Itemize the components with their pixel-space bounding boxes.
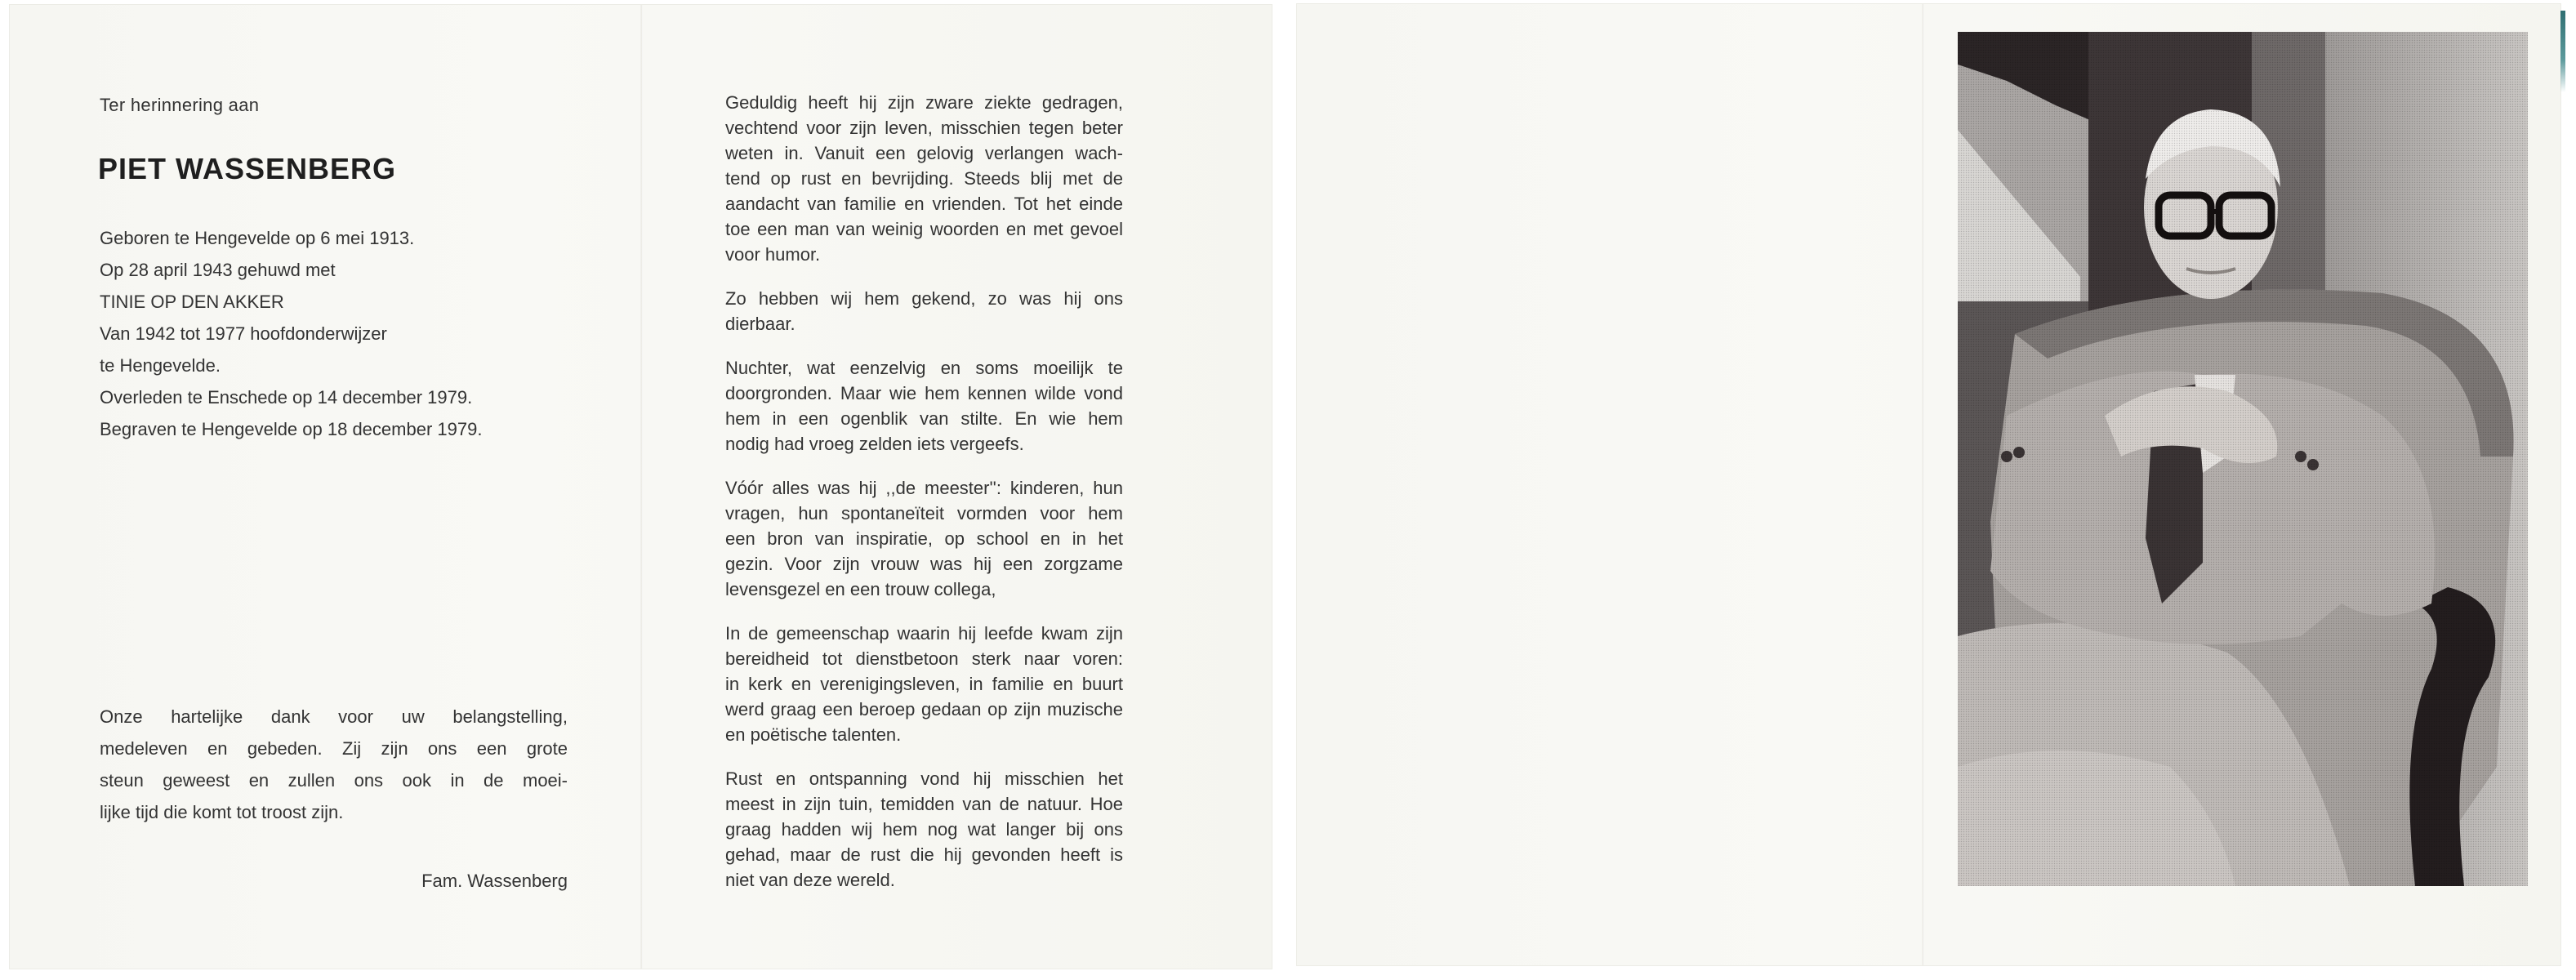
biography-line: gezin. Voor zijn vrouw was hij een zorgz… bbox=[725, 551, 1123, 577]
fact-line: Overleden te Enschede op 14 december 197… bbox=[100, 381, 482, 413]
biography-paragraph: Vóór alles was hij ,,de meester'': kinde… bbox=[725, 475, 1123, 602]
memorial-card-outside bbox=[1297, 4, 2560, 965]
portrait-illustration bbox=[1958, 32, 2528, 886]
biography-line: niet van deze wereld. bbox=[725, 867, 1123, 893]
fact-line: Van 1942 tot 1977 hoofdonderwijzer bbox=[100, 318, 482, 350]
biography-line: doorgronden. Maar wie hem kennen wilde v… bbox=[725, 381, 1123, 406]
biography-line: In de gemeenschap waarin hij leefde kwam… bbox=[725, 621, 1123, 646]
biography-line: tend op rust en bevrijding. Steeds blij … bbox=[725, 166, 1123, 191]
biography-line: toe een man van weinig woorden en met ge… bbox=[725, 216, 1123, 242]
family-signature: Fam. Wassenberg bbox=[100, 871, 568, 892]
biography-line: weten in. Vanuit een gelovig verlangen w… bbox=[725, 140, 1123, 166]
thanks-text: Onze hartelijke dank voor uw belangstell… bbox=[100, 701, 568, 828]
biography-line: gehad, maar de rust die hij gevonden hee… bbox=[725, 842, 1123, 867]
biography-paragraph: Geduldig heeft hij zijn zware ziekte ged… bbox=[725, 90, 1123, 267]
fold-crease bbox=[1922, 4, 1924, 965]
biography-line: Zo hebben wij hem gekend, zo was hij ons bbox=[725, 286, 1123, 311]
scan-edge-artifact bbox=[2560, 11, 2565, 92]
biography-line: voor humor. bbox=[725, 242, 1123, 267]
portrait-photo bbox=[1958, 32, 2528, 886]
life-facts: Geboren te Hengevelde op 6 mei 1913. Op … bbox=[100, 222, 482, 445]
biography-line: vechtend voor zijn leven, misschien tege… bbox=[725, 115, 1123, 140]
fact-line: Begraven te Hengevelde op 18 december 19… bbox=[100, 413, 482, 445]
deceased-name: PIET WASSENBERG bbox=[98, 152, 396, 186]
biography-line: en poëtische talenten. bbox=[725, 722, 1123, 747]
biography-line: een bron van inspiratie, op school en in… bbox=[725, 526, 1123, 551]
biography-text: Geduldig heeft hij zijn zware ziekte ged… bbox=[725, 90, 1123, 911]
biography-paragraph: In de gemeenschap waarin hij leefde kwam… bbox=[725, 621, 1123, 747]
biography-line: Geduldig heeft hij zijn zware ziekte ged… bbox=[725, 90, 1123, 115]
fold-crease bbox=[640, 5, 643, 969]
fact-line: Op 28 april 1943 gehuwd met bbox=[100, 254, 482, 286]
biography-line: meest in zijn tuin, temidden van de natu… bbox=[725, 791, 1123, 817]
biography-paragraph: Nuchter, wat eenzelvig en soms moeilijk … bbox=[725, 355, 1123, 457]
thanks-line: lijke tijd die komt tot troost zijn. bbox=[100, 796, 568, 828]
biography-line: vragen, hun spontaneïteit vormden voor h… bbox=[725, 501, 1123, 526]
biography-line: Nuchter, wat eenzelvig en soms moeilijk … bbox=[725, 355, 1123, 381]
thanks-line: medeleven en gebeden. Zij zijn ons een g… bbox=[100, 733, 568, 764]
fact-line: TINIE OP DEN AKKER bbox=[100, 286, 482, 318]
biography-line: werd graag een beroep gedaan op zijn muz… bbox=[725, 697, 1123, 722]
memorial-card-inside: Ter herinnering aan PIET WASSENBERG Gebo… bbox=[10, 5, 1272, 969]
biography-line: levensgezel en een trouw collega, bbox=[725, 577, 1123, 602]
biography-line: Rust en ontspanning vond hij misschien h… bbox=[725, 766, 1123, 791]
biography-line: dierbaar. bbox=[725, 311, 1123, 336]
thanks-line: Onze hartelijke dank voor uw belangstell… bbox=[100, 701, 568, 733]
thanks-line: steun geweest en zullen ons ook in de mo… bbox=[100, 764, 568, 796]
biography-line: hem in een ogenblik van stilte. En wie h… bbox=[725, 406, 1123, 431]
fact-line: te Hengevelde. bbox=[100, 350, 482, 381]
biography-line: graag hadden wij hem nog wat langer bij … bbox=[725, 817, 1123, 842]
biography-line: Vóór alles was hij ,,de meester'': kinde… bbox=[725, 475, 1123, 501]
biography-line: bereidheid tot dienstbetoon sterk naar v… bbox=[725, 646, 1123, 671]
biography-line: in kerk en verenigingsleven, in familie … bbox=[725, 671, 1123, 697]
intro-text: Ter herinnering aan bbox=[100, 95, 259, 116]
biography-line: nodig had vroeg zelden iets vergeefs. bbox=[725, 431, 1123, 457]
biography-line: aandacht van familie en vrienden. Tot he… bbox=[725, 191, 1123, 216]
fact-line: Geboren te Hengevelde op 6 mei 1913. bbox=[100, 222, 482, 254]
biography-paragraph: Rust en ontspanning vond hij misschien h… bbox=[725, 766, 1123, 893]
biography-paragraph: Zo hebben wij hem gekend, zo was hij ons… bbox=[725, 286, 1123, 336]
